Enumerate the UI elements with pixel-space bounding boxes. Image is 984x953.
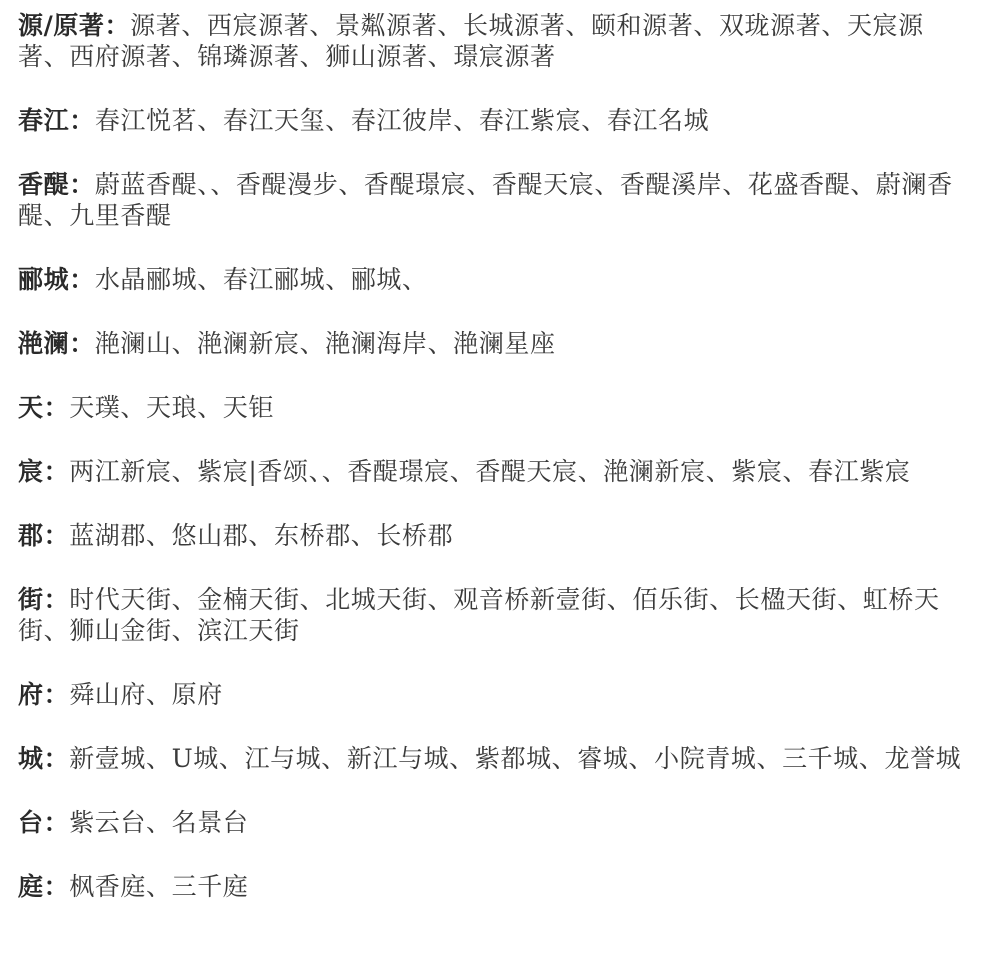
- document-body: 源/原著：源著、西宸源著、景粼源著、长城源著、颐和源著、双珑源著、天宸源著、西府…: [18, 10, 970, 935]
- category-items: 两江新宸、紫宸|香颂、、香醍璟宸、香醍天宸、滟澜新宸、紫宸、春江紫宸: [69, 457, 910, 486]
- category-label: 郡：: [18, 521, 69, 550]
- category-label: 郦城：: [18, 265, 95, 294]
- paragraph-jie: 街：时代天街、金楠天街、北城天街、观音桥新壹街、佰乐街、长楹天街、虹桥天街、狮山…: [18, 584, 970, 646]
- category-label: 滟澜：: [18, 329, 95, 358]
- paragraph-xiangti: 香醍：蔚蓝香醍、、香醍漫步、香醍璟宸、香醍天宸、香醍溪岸、花盛香醍、蔚澜香醍、九…: [18, 169, 970, 231]
- category-label: 源/原著：: [18, 11, 130, 40]
- category-label: 府：: [18, 680, 69, 709]
- category-label: 台：: [18, 808, 69, 837]
- category-items: 水晶郦城、春江郦城、郦城、: [95, 265, 428, 294]
- category-items: 蓝湖郡、悠山郡、东桥郡、长桥郡: [69, 521, 453, 550]
- category-items: 时代天街、金楠天街、北城天街、观音桥新壹街、佰乐街、长楹天街、虹桥天街、狮山金街…: [18, 585, 940, 645]
- paragraph-chen: 宸：两江新宸、紫宸|香颂、、香醍璟宸、香醍天宸、滟澜新宸、紫宸、春江紫宸: [18, 456, 970, 487]
- category-label: 春江：: [18, 106, 95, 135]
- category-items: 春江悦茗、春江天玺、春江彼岸、春江紫宸、春江名城: [95, 106, 709, 135]
- paragraph-ting: 庭：枫香庭、三千庭: [18, 871, 970, 902]
- category-items: 蔚蓝香醍、、香醍漫步、香醍璟宸、香醍天宸、香醍溪岸、花盛香醍、蔚澜香醍、九里香醍: [18, 170, 953, 230]
- paragraph-jun: 郡：蓝湖郡、悠山郡、东桥郡、长桥郡: [18, 520, 970, 551]
- category-label: 城：: [18, 744, 69, 773]
- category-label: 街：: [18, 585, 69, 614]
- paragraph-tai: 台：紫云台、名景台: [18, 807, 970, 838]
- paragraph-fu: 府：舜山府、原府: [18, 679, 970, 710]
- category-items: 滟澜山、滟澜新宸、滟澜海岸、滟澜星座: [95, 329, 556, 358]
- category-items: 紫云台、名景台: [69, 808, 248, 837]
- category-items: 新壹城、U城、江与城、新江与城、紫都城、睿城、小院青城、三千城、龙誉城: [69, 744, 961, 773]
- category-label: 宸：: [18, 457, 69, 486]
- category-items: 枫香庭、三千庭: [69, 872, 248, 901]
- paragraph-cheng: 城：新壹城、U城、江与城、新江与城、紫都城、睿城、小院青城、三千城、龙誉城: [18, 743, 970, 774]
- paragraph-licheng: 郦城：水晶郦城、春江郦城、郦城、: [18, 264, 970, 295]
- category-label: 香醍：: [18, 170, 95, 199]
- paragraph-yanlan: 滟澜：滟澜山、滟澜新宸、滟澜海岸、滟澜星座: [18, 328, 970, 359]
- category-items: 天璞、天琅、天钜: [69, 393, 274, 422]
- paragraph-tian: 天：天璞、天琅、天钜: [18, 392, 970, 423]
- category-items: 舜山府、原府: [69, 680, 223, 709]
- paragraph-chunjiang: 春江：春江悦茗、春江天玺、春江彼岸、春江紫宸、春江名城: [18, 105, 970, 136]
- category-items: 源著、西宸源著、景粼源著、长城源著、颐和源著、双珑源著、天宸源著、西府源著、锦璘…: [18, 11, 924, 71]
- category-label: 天：: [18, 393, 69, 422]
- paragraph-yuanzhu: 源/原著：源著、西宸源著、景粼源著、长城源著、颐和源著、双珑源著、天宸源著、西府…: [18, 10, 970, 72]
- category-label: 庭：: [18, 872, 69, 901]
